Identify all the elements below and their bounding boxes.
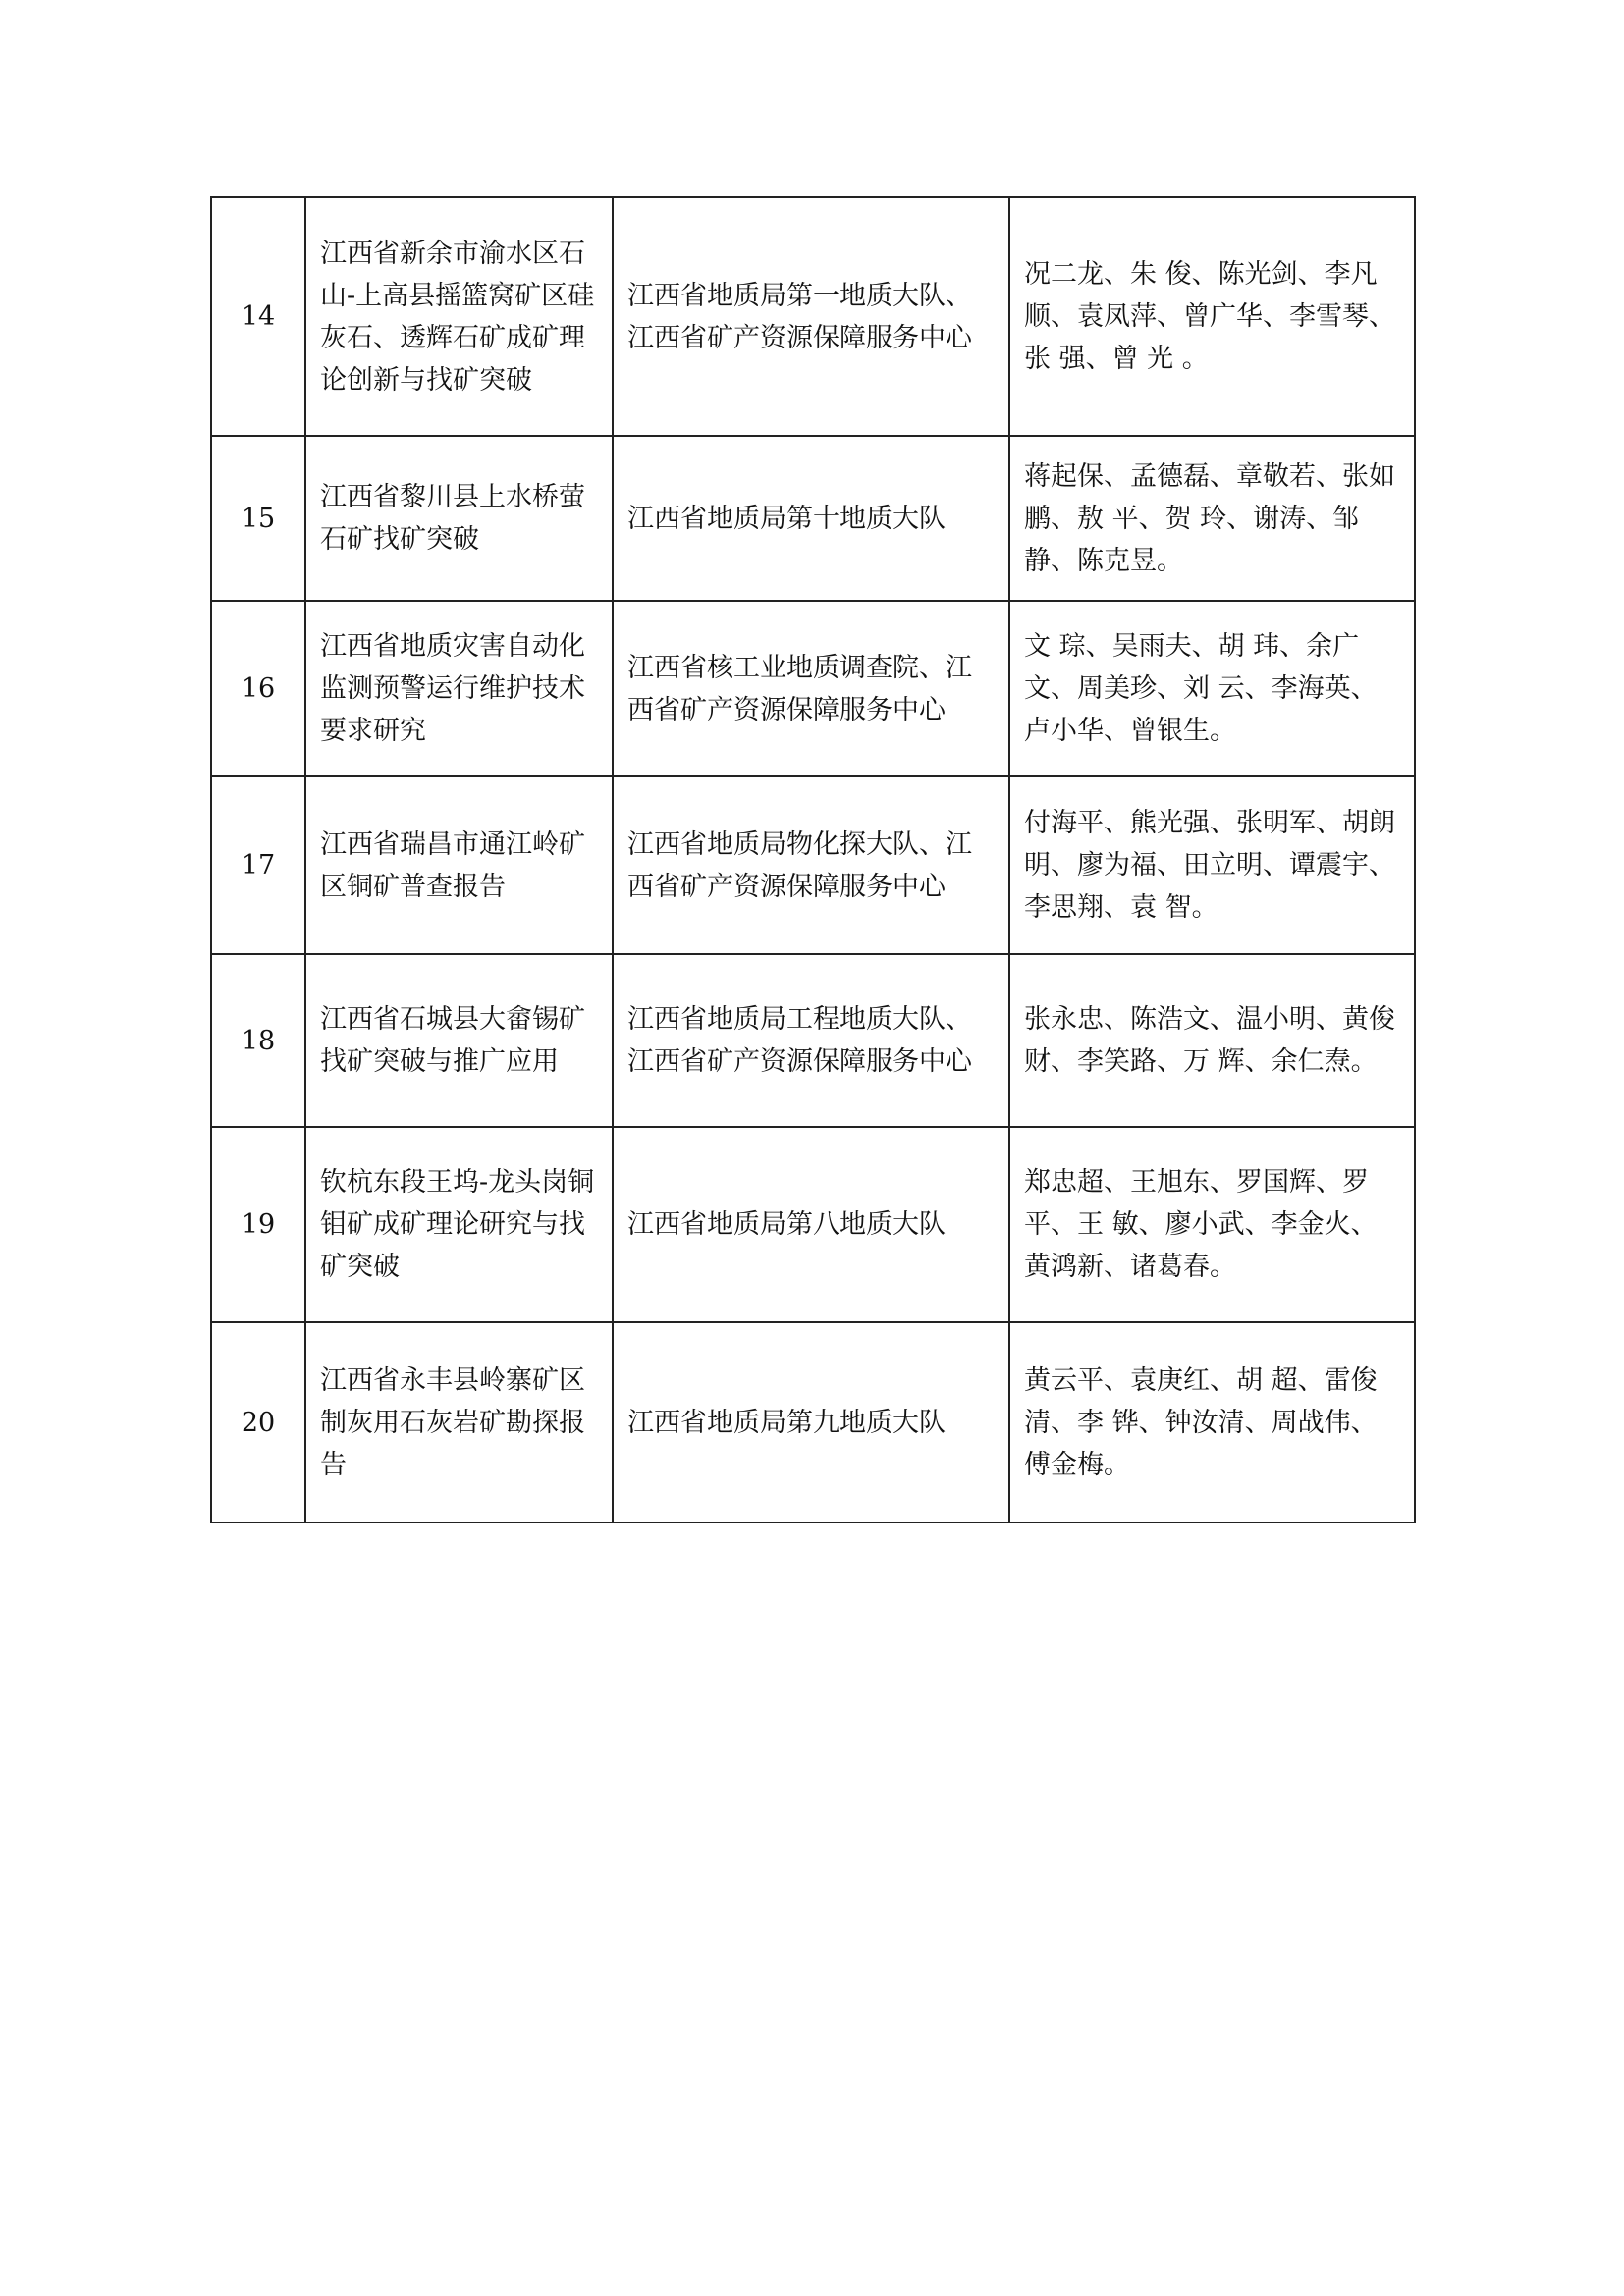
completing-unit: 江西省地质局工程地质大队、江西省矿产资源保障服务中心 (613, 954, 1009, 1127)
completing-people: 黄云平、袁庚红、胡 超、雷俊清、李 铧、钟汝清、周战伟、傅金梅。 (1009, 1322, 1415, 1522)
completing-unit: 江西省地质局第十地质大队 (613, 436, 1009, 601)
project-name: 江西省黎川县上水桥萤石矿找矿突破 (305, 436, 613, 601)
completing-people: 蒋起保、孟德磊、章敬若、张如鹏、敖 平、贺 玲、谢涛、邹 静、陈克昱。 (1009, 436, 1415, 601)
row-number: 20 (211, 1322, 305, 1522)
table-row: 16 江西省地质灾害自动化监测预警运行维护技术要求研究 江西省核工业地质调查院、… (211, 601, 1415, 776)
completing-people: 况二龙、朱 俊、陈光剑、李凡顺、袁凤萍、曾广华、李雪琴、张 强、曾 光 。 (1009, 197, 1415, 436)
project-name: 江西省新余市渝水区石山-上高县摇篮窝矿区硅灰石、透辉石矿成矿理论创新与找矿突破 (305, 197, 613, 436)
completing-unit: 江西省地质局第九地质大队 (613, 1322, 1009, 1522)
completing-people: 文 琮、吴雨夫、胡 玮、余广文、周美珍、刘 云、李海英、卢小华、曾银生。 (1009, 601, 1415, 776)
project-name: 江西省瑞昌市通江岭矿区铜矿普查报告 (305, 776, 613, 954)
project-name: 江西省永丰县岭寨矿区制灰用石灰岩矿勘探报告 (305, 1322, 613, 1522)
row-number: 18 (211, 954, 305, 1127)
table-row: 17 江西省瑞昌市通江岭矿区铜矿普查报告 江西省地质局物化探大队、江西省矿产资源… (211, 776, 1415, 954)
completing-people: 张永忠、陈浩文、温小明、黄俊财、李笑路、万 辉、余仁焘。 (1009, 954, 1415, 1127)
row-number: 17 (211, 776, 305, 954)
completing-unit: 江西省地质局第一地质大队、江西省矿产资源保障服务中心 (613, 197, 1009, 436)
row-number: 14 (211, 197, 305, 436)
table-row: 18 江西省石城县大畲锡矿找矿突破与推广应用 江西省地质局工程地质大队、江西省矿… (211, 954, 1415, 1127)
row-number: 19 (211, 1127, 305, 1322)
project-name: 钦杭东段王坞-龙头岗铜钼矿成矿理论研究与找矿突破 (305, 1127, 613, 1322)
table-row: 15 江西省黎川县上水桥萤石矿找矿突破 江西省地质局第十地质大队 蒋起保、孟德磊… (211, 436, 1415, 601)
completing-unit: 江西省地质局物化探大队、江西省矿产资源保障服务中心 (613, 776, 1009, 954)
completing-unit: 江西省核工业地质调查院、江西省矿产资源保障服务中心 (613, 601, 1009, 776)
completing-people: 付海平、熊光强、张明军、胡朗明、廖为福、田立明、谭震宇、李思翔、袁 智。 (1009, 776, 1415, 954)
completing-people: 郑忠超、王旭东、罗国辉、罗平、王 敏、廖小武、李金火、黄鸿新、诸葛春。 (1009, 1127, 1415, 1322)
completing-unit: 江西省地质局第八地质大队 (613, 1127, 1009, 1322)
project-name: 江西省石城县大畲锡矿找矿突破与推广应用 (305, 954, 613, 1127)
row-number: 16 (211, 601, 305, 776)
project-name: 江西省地质灾害自动化监测预警运行维护技术要求研究 (305, 601, 613, 776)
table-row: 20 江西省永丰县岭寨矿区制灰用石灰岩矿勘探报告 江西省地质局第九地质大队 黄云… (211, 1322, 1415, 1522)
table-row: 14 江西省新余市渝水区石山-上高县摇篮窝矿区硅灰石、透辉石矿成矿理论创新与找矿… (211, 197, 1415, 436)
document-page: 14 江西省新余市渝水区石山-上高县摇篮窝矿区硅灰石、透辉石矿成矿理论创新与找矿… (0, 0, 1624, 2296)
awards-table: 14 江西省新余市渝水区石山-上高县摇篮窝矿区硅灰石、透辉石矿成矿理论创新与找矿… (210, 196, 1416, 1523)
row-number: 15 (211, 436, 305, 601)
table-row: 19 钦杭东段王坞-龙头岗铜钼矿成矿理论研究与找矿突破 江西省地质局第八地质大队… (211, 1127, 1415, 1322)
